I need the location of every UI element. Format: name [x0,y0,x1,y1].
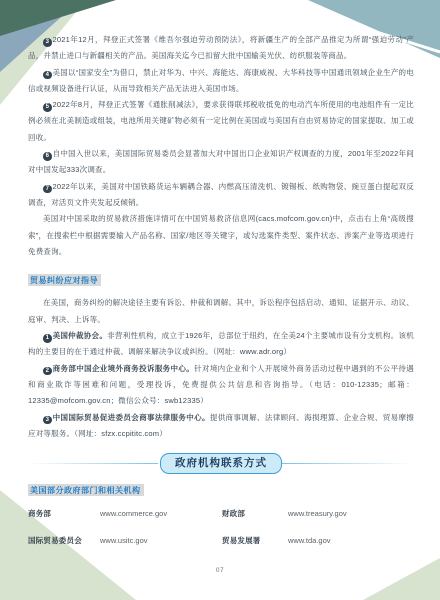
government-contact-banner-row: 政府机构联系方式 [28,453,414,474]
dispute-item: 3中国国际贸易促进委员会商事法律服务中心。提供商事调解、法律顾问、海损理算、企业… [28,410,414,443]
agency-name: 国际贸易委员会 [28,533,100,549]
section-header-label: 美国部分政府部门和相关机构 [28,484,144,496]
trade-remedy-note: 美国对中国采取的贸易救济措施详情可在中国贸易救济信息网(cacs.mofcom.… [28,211,414,260]
numbered-paragraph: 72022年以来，美国对中国铁路货运车辆耦合器、内燃高压清洗机、镀锡板、纸购物袋… [28,179,414,212]
agency-url: www.treasury.gov [288,506,410,522]
agency-table-row: 国际贸易委员会 www.usitc.gov 贸易发展署 www.tda.gov [28,533,414,549]
agency-url: www.tda.gov [288,533,410,549]
dispute-item-name: 商务部中国企业境外商务投诉服务中心。 [53,364,195,373]
numbered-paragraph: 52022年8月，拜登正式签署《通胀削减法》，要求获得联邦税收抵免的电动汽车所使… [28,97,414,146]
circled-number-badge: 2 [43,367,52,376]
circled-number-badge: 3 [43,416,52,425]
corner-decoration-bottom-right [360,558,440,600]
agency-table: 商务部 www.commerce.gov 财政部 www.treasury.go… [28,506,414,550]
numbered-paragraph: 4美国以“国家安全”为借口，禁止对华为、中兴、海能达、海康威视、大华科技等中国通… [28,65,414,98]
dispute-item-name: 中国国际贸易促进委员会商事法律服务中心。 [53,413,210,422]
paragraph-text: 自中国入世以来，美国国际贸易委员会显著加大对中国出口企业知识产权调查的力度，20… [28,149,414,174]
numbered-paragraph: 32021年12月，拜登正式签署《维吾尔强迫劳动预防法》，将新疆生产的全部产品推… [28,32,414,65]
page-content: 32021年12月，拜登正式签署《维吾尔强迫劳动预防法》，将新疆生产的全部产品推… [28,32,414,561]
paragraph-text: 美国以“国家安全”为借口，禁止对华为、中兴、海能达、海康威视、大华科技等中国通讯… [28,68,414,93]
agency-name: 贸易发展署 [222,533,288,549]
agency-url: www.usitc.gov [100,533,222,549]
dispute-item: 2商务部中国企业境外商务投诉服务中心。针对境内企业和个人开展境外商务活动过程中遇… [28,361,414,410]
government-contact-banner: 政府机构联系方式 [160,453,282,474]
section-header-dispute-guidance: 贸易纠纷应对指导 [28,273,414,289]
numbered-paragraph: 6自中国入世以来，美国国际贸易委员会显著加大对中国出口企业知识产权调查的力度，2… [28,146,414,179]
circled-number-badge: 4 [43,71,52,80]
agency-url: www.commerce.gov [100,506,222,522]
circled-number-badge: 5 [43,103,52,112]
banner-line-left [28,463,160,464]
circled-number-badge: 7 [43,185,52,194]
dispute-intro-paragraph: 在美国，商务纠纷的解决途径主要有诉讼、仲裁和调解。其中，诉讼程序包括启动、通知、… [28,295,414,328]
paragraph-text: 2021年12月，拜登正式签署《维吾尔强迫劳动预防法》，将新疆生产的全部产品推定… [28,35,414,60]
page-number: 07 [0,567,440,574]
paragraph-text: 2022年以来，美国对中国铁路货运车辆耦合器、内燃高压清洗机、镀锡板、纸购物袋、… [28,182,414,207]
circled-number-badge: 6 [43,152,52,161]
agency-name: 财政部 [222,506,288,522]
agency-name: 商务部 [28,506,100,522]
document-page: 32021年12月，拜登正式签署《维吾尔强迫劳动预防法》，将新疆生产的全部产品推… [0,0,440,600]
dispute-item: 1美国仲裁协会。非营利性机构，成立于1926年，总部位于纽约，在全美24个主要城… [28,328,414,361]
paragraph-text: 2022年8月，拜登正式签署《通胀削减法》，要求获得联邦税收抵免的电动汽车所使用… [28,100,414,142]
circled-number-badge: 1 [43,334,52,343]
dispute-item-name: 美国仲裁协会。 [53,331,108,340]
section-header-us-agencies: 美国部分政府部门和相关机构 [28,483,414,499]
circled-number-badge: 3 [43,38,52,47]
agency-table-row: 商务部 www.commerce.gov 财政部 www.treasury.go… [28,506,414,522]
section-header-label: 贸易纠纷应对指导 [28,274,101,286]
banner-line-right [282,463,414,464]
